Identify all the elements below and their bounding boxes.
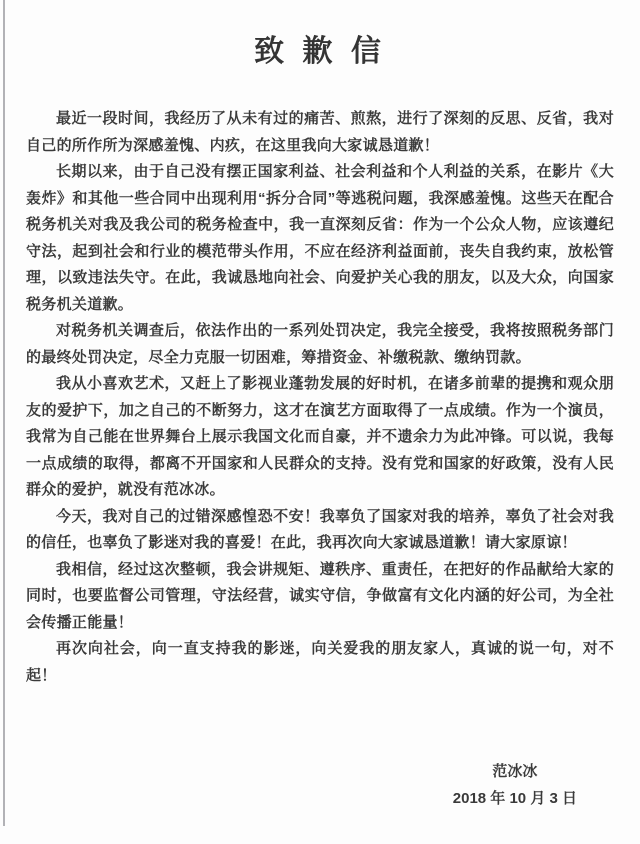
- letter-paragraph-6: 我相信，经过这次整顿，我会讲规矩、遵秩序、重责任，在把好的作品献给大家的同时，也…: [26, 557, 614, 637]
- letter-paragraph-3: 对税务机关调查后，依法作出的一系列处罚决定，我完全接受，我将按照税务部门的最终处…: [26, 318, 614, 371]
- letter-title: 致 歉 信: [26, 36, 614, 68]
- signature-date: 2018 年 10 月 3 日: [453, 786, 577, 813]
- letter-page: 致 歉 信 最近一段时间，我经历了从未有过的痛苦、煎熬，进行了深刻的反思、反省，…: [26, 36, 614, 812]
- letter-paragraph-7: 再次向社会，向一直支持我的影迷，向关爱我的朋友家人，真诚的说一句，对不起！: [26, 636, 614, 689]
- letter-paragraph-5: 今天，我对自己的过错深感惶恐不安！我辜负了国家对我的培养，辜负了社会对我的信任，…: [26, 504, 614, 557]
- letter-paragraph-4: 我从小喜欢艺术，又赶上了影视业蓬勃发展的好时机，在诸多前辈的提携和观众朋友的爱护…: [26, 371, 614, 504]
- signature-block: 范冰冰 2018 年 10 月 3 日: [453, 759, 577, 812]
- letter-paragraph-2: 长期以来，由于自己没有摆正国家利益、社会利益和个人利益的关系，在影片《大轰炸》和…: [26, 159, 614, 318]
- letter-paragraph-1: 最近一段时间，我经历了从未有过的痛苦、煎熬，进行了深刻的反思、反省，我对自己的所…: [26, 106, 614, 159]
- apology-letter-page: { "page": { "title": "致 歉 信", "paragraph…: [0, 0, 640, 844]
- letter-body: 最近一段时间，我经历了从未有过的痛苦、煎熬，进行了深刻的反思、反省，我对自己的所…: [26, 106, 614, 689]
- scan-edge-line: [3, 0, 5, 826]
- signature-name: 范冰冰: [492, 759, 537, 786]
